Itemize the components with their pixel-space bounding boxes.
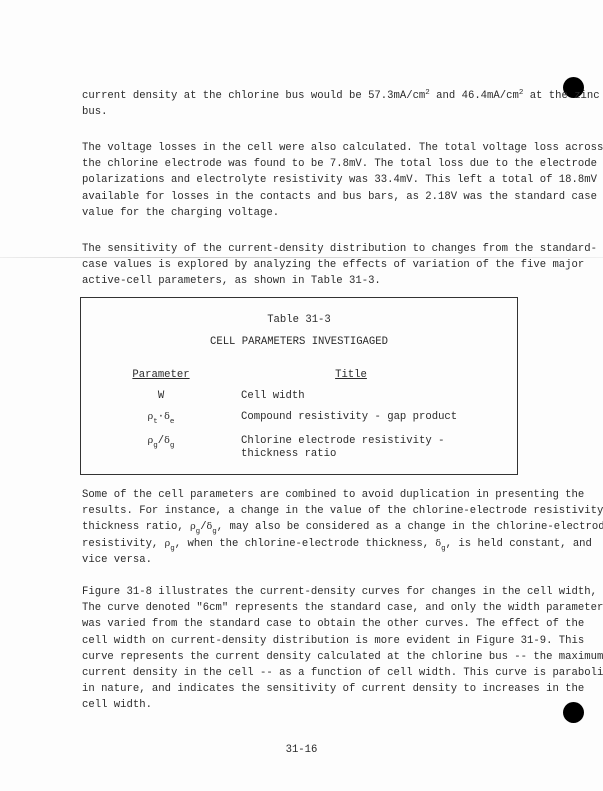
text-line: polarizations and electrolyte resistivit… — [82, 172, 542, 188]
title-cell: Compound resistivity - gap product — [241, 411, 501, 424]
text-line: The voltage losses in the cell were also… — [82, 140, 542, 156]
text-line: results. For instance, a change in the v… — [82, 503, 542, 519]
text-line: current density at the chlorine bus woul… — [82, 88, 542, 104]
title-cell: Chlorine electrode resistivity -thicknes… — [241, 435, 501, 461]
paragraph-voltage-losses: The voltage losses in the cell were also… — [82, 140, 542, 221]
paragraph-sensitivity: The sensitivity of the current-density d… — [82, 241, 542, 290]
paragraph-combined-parameters: Some of the cell parameters are combined… — [82, 487, 542, 568]
paragraph-cell-width: Figure 31-8 illustrates the current-dens… — [82, 584, 542, 714]
text-line: cell width on current-density distributi… — [82, 633, 542, 649]
text-line: value for the charging voltage. — [82, 205, 542, 221]
table-cell-parameters: Table 31-3 CELL PARAMETERS INVESTIGAGED … — [80, 297, 518, 475]
text-line: curve represents the current density cal… — [82, 649, 542, 665]
parameter-cell: ρg/δg — [109, 435, 213, 447]
text-line: bus. — [82, 104, 542, 120]
text-line: resistivity, ρg, when the chlorine-elect… — [82, 536, 542, 552]
parameter-cell: ρt·δe — [109, 411, 213, 423]
text-line: The sensitivity of the current-density d… — [82, 241, 542, 257]
text-line: The curve denoted "6cm" represents the s… — [82, 600, 542, 616]
text-line: case values is explored by analyzing the… — [82, 257, 542, 273]
text-line: active-cell parameters, as shown in Tabl… — [82, 273, 542, 289]
table-number: Table 31-3 — [81, 314, 517, 326]
text-line: Figure 31-8 illustrates the current-dens… — [82, 584, 542, 600]
title-cell: Cell width — [241, 390, 501, 403]
page-number: 31-16 — [0, 744, 603, 756]
column-header-parameter: Parameter — [109, 369, 213, 381]
parameter-cell: W — [109, 390, 213, 402]
text-line: available for losses in the contacts and… — [82, 189, 542, 205]
text-line: was varied from the standard case to obt… — [82, 616, 542, 632]
text-line: cell width. — [82, 697, 542, 713]
column-header-title: Title — [311, 369, 391, 381]
text-line: in nature, and indicates the sensitivity… — [82, 681, 542, 697]
text-line: current density in the cell -- as a func… — [82, 665, 542, 681]
table-title: CELL PARAMETERS INVESTIGAGED — [81, 336, 517, 348]
text-line: the chlorine electrode was found to be 7… — [82, 156, 542, 172]
text-line: Some of the cell parameters are combined… — [82, 487, 542, 503]
binder-hole-bottom — [563, 702, 584, 723]
text-line: thickness ratio, ρg/δg, may also be cons… — [82, 519, 542, 535]
paragraph-current-density: current density at the chlorine bus woul… — [82, 88, 542, 120]
text-line: vice versa. — [82, 552, 542, 568]
